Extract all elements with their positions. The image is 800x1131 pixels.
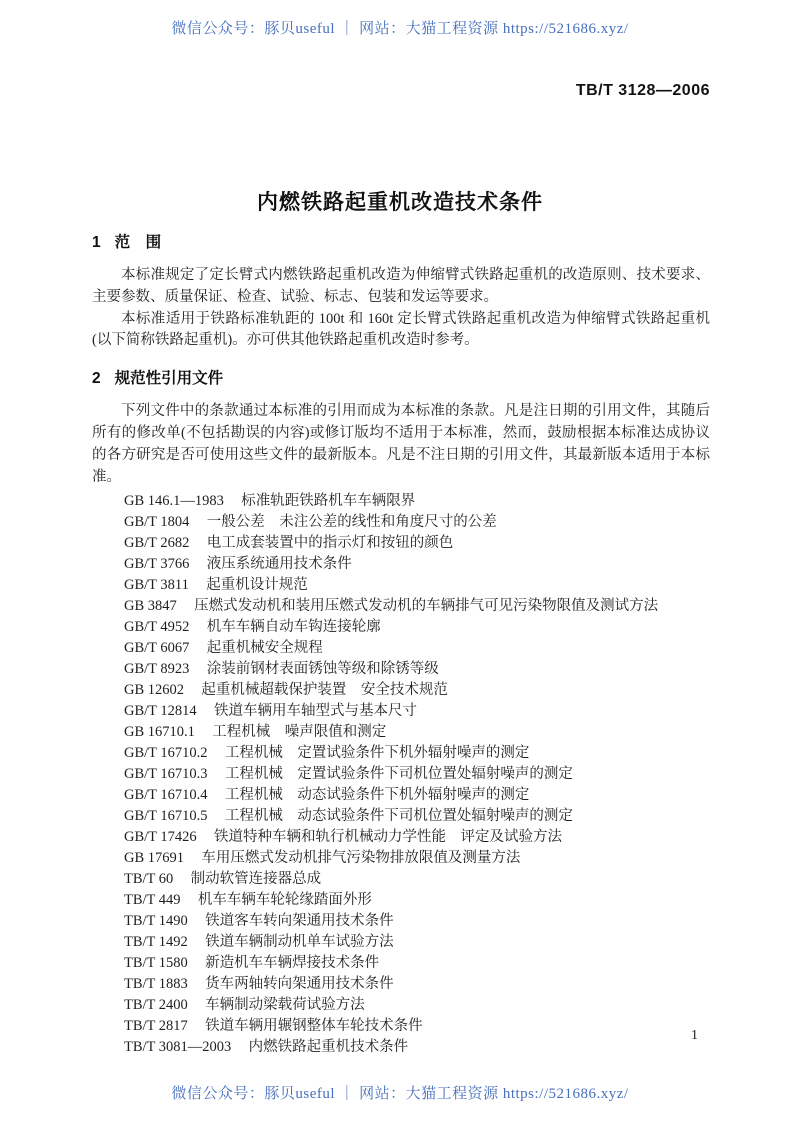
reference-code: GB/T 4952: [124, 619, 189, 635]
reference-code: TB/T 1490: [124, 913, 188, 929]
reference-code: GB/T 16710.5: [124, 808, 208, 824]
section-scope: 1范 围 本标准规定了定长臂式内燃铁路起重机改造为伸缩臂式铁路起重机的改造原则、…: [92, 233, 710, 352]
reference-title: 制动软管连接器总成: [191, 871, 322, 887]
footer-watermark: 微信公众号：豚贝useful ｜ 网站：大猫工程资源 https://52168…: [0, 1082, 800, 1103]
reference-title: 液压系统通用技术条件: [207, 556, 352, 572]
reference-code: GB 16710.1: [124, 724, 195, 740]
reference-item: GB 3847压燃式发动机和装用压燃式发动机的车辆排气可见污染物限值及测试方法: [124, 596, 710, 617]
reference-title: 起重机械超载保护装置 安全技术规范: [201, 682, 448, 698]
reference-item: GB/T 2682电工成套装置中的指示灯和按钮的颜色: [124, 533, 710, 554]
reference-item: GB/T 3766液压系统通用技术条件: [124, 554, 710, 575]
reference-code: TB/T 2817: [124, 1018, 188, 1034]
reference-item: GB 12602起重机械超载保护装置 安全技术规范: [124, 680, 710, 701]
reference-code: GB/T 16710.2: [124, 745, 208, 761]
document-page: 微信公众号：豚贝useful ｜ 网站：大猫工程资源 https://52168…: [0, 0, 800, 1131]
reference-code: GB 3847: [124, 598, 177, 614]
reference-item: TB/T 2400车辆制动梁载荷试验方法: [124, 995, 710, 1016]
reference-code: TB/T 1580: [124, 955, 188, 971]
reference-title: 机车车辆自动车钩连接轮廓: [207, 619, 381, 635]
reference-title: 标准轨距铁路机车车辆限界: [241, 493, 415, 509]
reference-item: GB 146.1—1983标准轨距铁路机车车辆限界: [124, 491, 710, 512]
reference-code: GB/T 17426: [124, 829, 197, 845]
reference-code: TB/T 3081—2003: [124, 1039, 231, 1055]
reference-item: GB 17691车用压燃式发动机排气污染物排放限值及测量方法: [124, 848, 710, 869]
reference-title: 货车两轴转向架通用技术条件: [205, 976, 394, 992]
reference-title: 起重机械安全规程: [207, 640, 323, 656]
reference-item: GB/T 1804一般公差 未注公差的线性和角度尺寸的公差: [124, 512, 710, 533]
reference-title: 铁道车辆用辗钢整体车轮技术条件: [205, 1018, 423, 1034]
reference-item: GB/T 12814铁道车辆用车轴型式与基本尺寸: [124, 701, 710, 722]
paragraph: 本标准适用于铁路标准轨距的 100t 和 160t 定长臂式铁路起重机改造为伸缩…: [92, 309, 710, 353]
reference-title: 工程机械 定置试验条件下司机位置处辐射噪声的测定: [225, 766, 573, 782]
reference-item: GB 16710.1工程机械 噪声限值和测定: [124, 722, 710, 743]
reference-code: GB/T 8923: [124, 661, 189, 677]
reference-title: 车用压燃式发动机排气污染物排放限值及测量方法: [201, 850, 520, 866]
reference-title: 电工成套装置中的指示灯和按钮的颜色: [207, 535, 454, 551]
paragraph: 本标准规定了定长臂式内燃铁路起重机改造为伸缩臂式铁路起重机的改造原则、技术要求、…: [92, 265, 710, 309]
reference-title: 涂装前钢材表面锈蚀等级和除锈等级: [207, 661, 439, 677]
reference-title: 工程机械 噪声限值和测定: [212, 724, 386, 740]
reference-item: TB/T 3081—2003内燃铁路起重机技术条件: [124, 1037, 710, 1058]
reference-code: GB/T 3811: [124, 577, 189, 593]
reference-item: GB/T 17426铁道特种车辆和轨行机械动力学性能 评定及试验方法: [124, 827, 710, 848]
reference-code: TB/T 1883: [124, 976, 188, 992]
reference-title: 工程机械 定置试验条件下机外辐射噪声的测定: [225, 745, 530, 761]
reference-code: GB 17691: [124, 850, 184, 866]
reference-title: 新造机车车辆焊接技术条件: [205, 955, 379, 971]
document-content: 1范 围 本标准规定了定长臂式内燃铁路起重机改造为伸缩臂式铁路起重机的改造原则、…: [92, 233, 710, 1058]
section-title: 范 围: [115, 234, 162, 251]
reference-item: TB/T 449机车车辆车轮轮缘踏面外形: [124, 890, 710, 911]
section-body: 本标准规定了定长臂式内燃铁路起重机改造为伸缩臂式铁路起重机的改造原则、技术要求、…: [92, 265, 710, 352]
reference-code: GB/T 16710.4: [124, 787, 208, 803]
reference-code: TB/T 1492: [124, 934, 188, 950]
reference-title: 铁道特种车辆和轨行机械动力学性能 评定及试验方法: [214, 829, 562, 845]
section-number: 2: [92, 370, 101, 387]
reference-code: GB/T 3766: [124, 556, 189, 572]
reference-title: 起重机设计规范: [206, 577, 308, 593]
reference-title: 内燃铁路起重机技术条件: [249, 1039, 409, 1055]
reference-title: 工程机械 动态试验条件下机外辐射噪声的测定: [225, 787, 530, 803]
paragraph: 下列文件中的条款通过本标准的引用而成为本标准的条款。凡是注日期的引用文件，其随后…: [92, 401, 710, 488]
reference-code: GB/T 1804: [124, 514, 189, 530]
reference-item: GB/T 4952机车车辆自动车钩连接轮廓: [124, 617, 710, 638]
page-number: 1: [691, 1028, 698, 1044]
reference-code: TB/T 2400: [124, 997, 188, 1013]
reference-code: GB/T 6067: [124, 640, 189, 656]
reference-code: TB/T 60: [124, 871, 173, 887]
page-title: 内燃铁路起重机改造技术条件: [0, 186, 800, 216]
reference-code: TB/T 449: [124, 892, 181, 908]
reference-code: GB 146.1—1983: [124, 493, 224, 509]
reference-item: TB/T 60制动软管连接器总成: [124, 869, 710, 890]
reference-code: GB 12602: [124, 682, 184, 698]
reference-item: TB/T 1492铁道车辆制动机单车试验方法: [124, 932, 710, 953]
header-watermark: 微信公众号：豚贝useful ｜ 网站：大猫工程资源 https://52168…: [0, 17, 800, 38]
standard-number: TB/T 3128—2006: [576, 82, 710, 100]
reference-item: GB/T 8923涂装前钢材表面锈蚀等级和除锈等级: [124, 659, 710, 680]
reference-item: TB/T 1490铁道客车转向架通用技术条件: [124, 911, 710, 932]
reference-item: GB/T 16710.5工程机械 动态试验条件下司机位置处辐射噪声的测定: [124, 806, 710, 827]
reference-item: GB/T 16710.2工程机械 定置试验条件下机外辐射噪声的测定: [124, 743, 710, 764]
reference-code: GB/T 16710.3: [124, 766, 208, 782]
section-heading: 1范 围: [92, 233, 710, 253]
reference-item: TB/T 1580新造机车车辆焊接技术条件: [124, 953, 710, 974]
section-number: 1: [92, 234, 101, 251]
reference-item: GB/T 16710.4工程机械 动态试验条件下机外辐射噪声的测定: [124, 785, 710, 806]
section-heading: 2规范性引用文件: [92, 369, 710, 389]
reference-item: TB/T 2817铁道车辆用辗钢整体车轮技术条件: [124, 1016, 710, 1037]
reference-code: GB/T 2682: [124, 535, 189, 551]
section-body: 下列文件中的条款通过本标准的引用而成为本标准的条款。凡是注日期的引用文件，其随后…: [92, 401, 710, 1058]
reference-code: GB/T 12814: [124, 703, 197, 719]
reference-title: 工程机械 动态试验条件下司机位置处辐射噪声的测定: [225, 808, 573, 824]
reference-title: 铁道车辆制动机单车试验方法: [205, 934, 394, 950]
reference-title: 铁道客车转向架通用技术条件: [205, 913, 394, 929]
reference-item: GB/T 6067起重机械安全规程: [124, 638, 710, 659]
reference-item: GB/T 3811起重机设计规范: [124, 575, 710, 596]
reference-title: 压燃式发动机和装用压燃式发动机的车辆排气可见污染物限值及测试方法: [194, 598, 658, 614]
reference-title: 一般公差 未注公差的线性和角度尺寸的公差: [207, 514, 497, 530]
references-list: GB 146.1—1983标准轨距铁路机车车辆限界GB/T 1804一般公差 未…: [92, 491, 710, 1058]
reference-item: GB/T 16710.3工程机械 定置试验条件下司机位置处辐射噪声的测定: [124, 764, 710, 785]
section-title: 规范性引用文件: [115, 370, 224, 387]
reference-title: 机车车辆车轮轮缘踏面外形: [198, 892, 372, 908]
reference-item: TB/T 1883货车两轴转向架通用技术条件: [124, 974, 710, 995]
reference-title: 铁道车辆用车轴型式与基本尺寸: [214, 703, 417, 719]
reference-title: 车辆制动梁载荷试验方法: [205, 997, 365, 1013]
section-normative-references: 2规范性引用文件 下列文件中的条款通过本标准的引用而成为本标准的条款。凡是注日期…: [92, 369, 710, 1058]
